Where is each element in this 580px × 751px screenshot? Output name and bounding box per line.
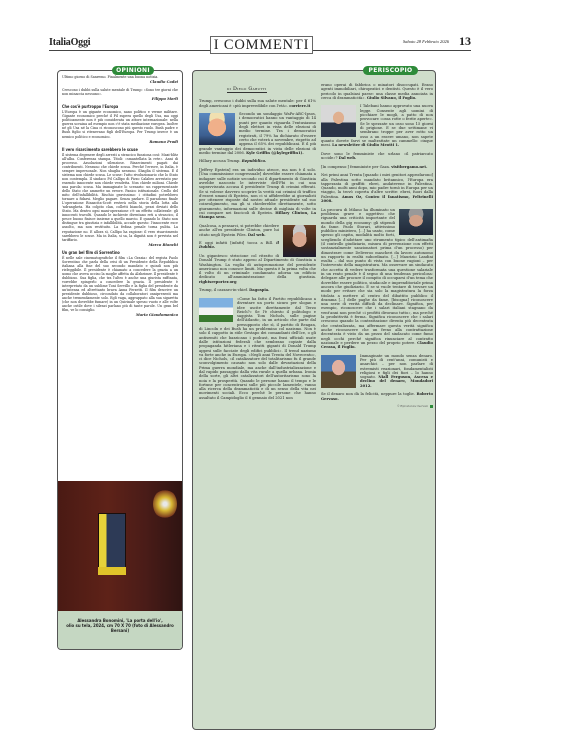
article-author: Romano Prodi xyxy=(62,140,178,144)
opinion-author: Filippo Merli xyxy=(62,97,178,101)
meotti-photo xyxy=(321,105,356,137)
periscopio-item: Trump, crescono i dubbi sulla sua salute… xyxy=(199,99,316,108)
periscopio-column-1: di Diego Gabutti Trump, crescono i dubbi… xyxy=(199,71,316,404)
caption-line-2: olio su tela, 2024, cm 70 X 70 (foto di … xyxy=(58,624,182,634)
periscopio-item: Se il denaro non dà la felicità, neppure… xyxy=(321,392,433,401)
article-title: Che cos'è purtroppo l'Europa xyxy=(62,105,161,110)
reproduction-notice: © Riproduzione riservata xyxy=(321,405,433,409)
periscopio-item: Dove sono le femministe che urlano «il p… xyxy=(321,152,433,161)
periscopio-label: PERISCOPIO xyxy=(363,66,418,75)
opinioni-label: OPINIONI xyxy=(112,66,154,75)
section-title: I COMMENTI xyxy=(210,36,313,54)
clinton-photo xyxy=(283,225,316,257)
page-number: 13 xyxy=(459,34,471,49)
article-title: Un gran bel film di Sorrentino xyxy=(62,251,161,256)
periscopio-item: Trump, il cazzaro-in-chief. Dagospia. xyxy=(199,288,316,292)
periscopio-item: Qualcosa, a pensarci, si potrebbe chiede… xyxy=(199,224,316,237)
periscopio-column-2: erano operai di fabbrica o minatori diso… xyxy=(321,71,433,410)
periscopio-item: Nei primi anni Trenta [quando i miei gen… xyxy=(321,173,433,203)
end-square-icon xyxy=(430,405,433,408)
article-author: Marco Bianchi xyxy=(62,243,178,247)
opinioni-box: Ultimo giorno di Sanremo. Finalmente una… xyxy=(57,70,183,650)
byline: di Diego Gabutti xyxy=(227,88,267,93)
masthead-logo: ItaliaOggi xyxy=(49,37,90,48)
landini-photo xyxy=(399,209,433,235)
periscopio-item: Immaginate un mondo senza denaro. Per pi… xyxy=(321,354,433,388)
opinion-author: Claudio Cadei xyxy=(62,80,178,84)
gervaso-photo xyxy=(321,355,356,388)
painting-caption: Alessandra Bonomini, 'La porta dell'io',… xyxy=(58,611,182,649)
periscopio-item: [In compenso:] femministe per Gaza. visi… xyxy=(321,165,433,169)
periscopio-item: «Come ha fatto il Partito repubblicano a… xyxy=(199,297,316,400)
periscopio-box: di Diego Gabutti Trump, crescono i dubbi… xyxy=(192,70,436,730)
periscopio-item: erano operai di fabbrica o minatori diso… xyxy=(321,83,433,100)
trump-photo xyxy=(199,113,235,145)
article-body: Il sistema degenere degli arresti a stra… xyxy=(62,153,178,242)
periscopio-item: Secondo un sondaggio WaPo-ABC-Ipsos, i d… xyxy=(199,112,316,155)
painted-door xyxy=(98,513,126,575)
opinion-quote: Ultimo giorno di Sanremo. Finalmente una… xyxy=(62,75,178,79)
page-header: ItaliaOggi I COMMENTI Sabato 28 Febbraio… xyxy=(49,32,471,54)
white-house-photo xyxy=(199,298,233,322)
periscopio-item: I Talebani hanno approvato una nuova leg… xyxy=(321,104,433,147)
article-body: È nelle sale cinematografiche il film «L… xyxy=(62,256,178,313)
painted-lamp xyxy=(153,489,177,519)
article-title: Il vero risarcimento sarebbero le scuse xyxy=(62,148,161,153)
issue-date: Sabato 28 Febbraio 2026 xyxy=(403,39,449,44)
article-body: L'Europa è un gigante economico, nano po… xyxy=(62,110,178,138)
opinioni-content: Ultimo giorno di Sanremo. Finalmente una… xyxy=(58,71,182,317)
painting-image xyxy=(58,481,182,611)
painted-door-light xyxy=(98,567,126,575)
periscopio-item: La procura di Milano ha illuminato un pr… xyxy=(321,208,433,350)
periscopio-item: [Jeffrey Epstein] era un individuo atroc… xyxy=(199,168,316,220)
periscopio-item: Un gigantesco striscione col ritratto di… xyxy=(199,254,316,284)
periscopio-item: Hillary accusa Trump. Repubblica. xyxy=(199,159,316,163)
opinion-quote: Crescono i dubbi sulla salute mentale di… xyxy=(62,88,178,96)
article-author: Mario Giandomenico xyxy=(62,313,178,317)
